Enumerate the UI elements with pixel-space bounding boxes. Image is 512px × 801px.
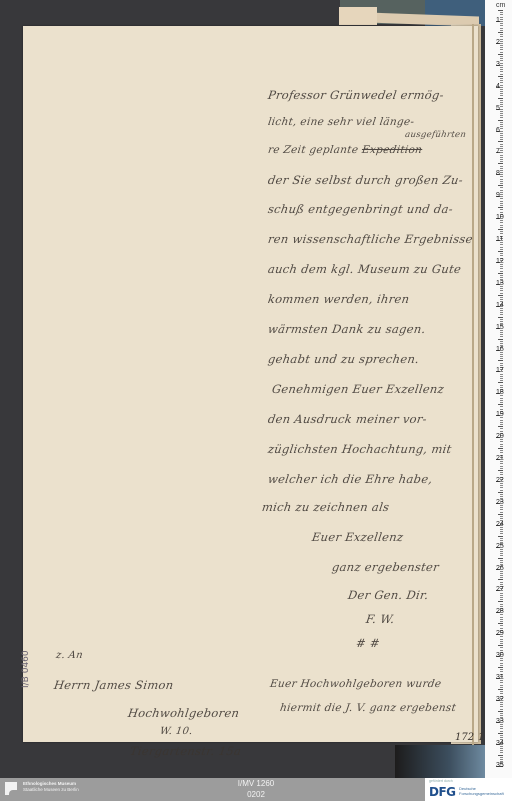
ruler-tick (500, 737, 503, 738)
dfg-name: Deutsche Forschungsgemeinschaft (459, 786, 504, 796)
ruler-tick (500, 52, 503, 53)
ruler-tick (498, 360, 503, 361)
ruler-tick (500, 102, 503, 103)
ruler-tick (500, 459, 503, 460)
letter-line: ren wissenschaftliche Ergebnisse (267, 232, 474, 246)
ruler-tick (500, 247, 503, 248)
ruler-tick (500, 82, 503, 83)
ruler-tick (500, 481, 503, 482)
ruler-tick (500, 12, 503, 13)
ruler-tick (500, 176, 503, 177)
ruler-tick (500, 174, 503, 175)
ruler-tick (500, 275, 503, 276)
ruler-tick (500, 590, 503, 591)
ruler-tick (500, 639, 503, 640)
ruler-tick (500, 350, 503, 351)
ruler-tick (500, 444, 503, 445)
ruler-tick (500, 330, 503, 331)
ruler-tick (500, 555, 503, 556)
ruler-tick (500, 757, 503, 758)
postscript-line: hiermit die J. V. ganz ergebenst (279, 702, 457, 714)
ruler-tick (500, 93, 503, 94)
ruler-tick (500, 621, 503, 622)
ruler-tick (500, 424, 503, 425)
ruler-tick (500, 463, 503, 464)
ruler-tick (498, 382, 503, 383)
ruler-tick (500, 218, 503, 219)
ruler-tick (500, 201, 503, 202)
ruler-tick (500, 306, 503, 307)
letter-line: licht, eine sehr viel länge- (267, 116, 415, 128)
ruler-tick (500, 321, 503, 322)
ruler-tick (500, 196, 503, 197)
ruler-tick (498, 404, 503, 405)
ruler-tick (498, 32, 503, 33)
ruler-tick (498, 76, 503, 77)
ruler-tick (500, 284, 503, 285)
ruler-tick (500, 146, 503, 147)
ruler-tick (500, 400, 503, 401)
ruler-tick (500, 85, 503, 86)
ruler-tick (500, 277, 503, 278)
ruler-tick (500, 650, 503, 651)
ruler-tick (500, 380, 503, 381)
ruler-tick (500, 582, 503, 583)
ruler-tick (500, 431, 503, 432)
letter-line: gehabt und zu sprechen. (267, 352, 420, 366)
ruler-tick (500, 728, 503, 729)
funded-by-label: gefördert durch (429, 779, 453, 783)
letter-line: mich zu zeichnen als (261, 500, 390, 514)
ruler-tick (500, 133, 503, 134)
ruler-tick (500, 172, 503, 173)
ruler-tick (500, 614, 503, 615)
ruler-tick (500, 65, 503, 66)
ruler-tick (500, 209, 503, 210)
ruler-tick (500, 395, 503, 396)
ruler-tick (500, 222, 503, 223)
ruler-tick (498, 339, 503, 340)
ruler-tick (500, 67, 503, 68)
ruler-tick (500, 483, 503, 484)
ruler-tick (500, 144, 503, 145)
ruler-tick (500, 547, 503, 548)
address-line: Tiergartenstr. 15a (129, 744, 242, 758)
ruler-tick (500, 671, 503, 672)
letter-line: der Sie selbst durch großen Zu- (267, 173, 464, 187)
ruler-tick (500, 682, 503, 683)
ruler-tick (500, 538, 503, 539)
ruler-tick (500, 597, 503, 598)
letter-line: kommen werden, ihren (267, 292, 410, 306)
ruler-tick (500, 299, 503, 300)
ruler-tick (500, 371, 503, 372)
ruler-tick (500, 595, 503, 596)
ruler-tick (500, 656, 503, 657)
ruler-tick (500, 669, 503, 670)
ruler-tick (500, 314, 503, 315)
scan-image: Professor Grünwedel ermög- licht, eine s… (0, 0, 512, 778)
ruler-tick (500, 63, 503, 64)
postscript-line: Euer Hochwohlgeboren wurde (269, 678, 442, 690)
ruler-tick (500, 748, 503, 749)
ruler-tick (500, 658, 503, 659)
ruler-tick (500, 168, 503, 169)
ruler-tick (500, 310, 503, 311)
ruler-tick (500, 549, 503, 550)
ruler-tick (500, 170, 503, 171)
ruler-tick (500, 531, 503, 532)
ruler-tick (500, 268, 503, 269)
ruler-tick (500, 759, 503, 760)
ruler-tick (500, 378, 503, 379)
ruler-tick (500, 687, 503, 688)
ruler-tick (500, 89, 503, 90)
ruler-tick (500, 713, 503, 714)
ruler-tick (500, 139, 503, 140)
ruler-tick (498, 273, 503, 274)
ruler-tick (500, 704, 503, 705)
ruler-tick (500, 41, 503, 42)
ruler-tick (500, 634, 503, 635)
address-line: W. 10. (159, 726, 193, 737)
ruler-tick (500, 685, 503, 686)
ruler-tick (500, 113, 503, 114)
ruler-tick (500, 150, 503, 151)
dfg-mark: DFG (429, 785, 456, 799)
ruler-tick (500, 148, 503, 149)
ruler-tick (500, 78, 503, 79)
ruler-tick (500, 575, 503, 576)
ruler-tick (500, 503, 503, 504)
ruler-tick (500, 157, 503, 158)
letter-initials: F. W. (365, 612, 395, 626)
ruler-tick (500, 619, 503, 620)
ruler-tick (500, 60, 503, 61)
ruler-tick (500, 540, 503, 541)
ruler-tick (500, 181, 503, 182)
ruler-tick (500, 343, 503, 344)
ruler-tick (500, 525, 503, 526)
ruler-tick (498, 54, 503, 55)
ruler-tick (500, 604, 503, 605)
ruler-tick (500, 516, 503, 517)
ruler-tick (500, 439, 503, 440)
letter-correction: ausgeführten (404, 130, 466, 140)
ruler-tick (500, 264, 503, 265)
ruler-tick (498, 492, 503, 493)
ruler-tick (500, 485, 503, 486)
ruler-tick (500, 750, 503, 751)
ruler-tick (500, 47, 503, 48)
ruler-tick (500, 356, 503, 357)
ruler-tick (500, 490, 503, 491)
ruler-tick (498, 185, 503, 186)
ruler-tick (500, 231, 503, 232)
ruler-tick (500, 606, 503, 607)
ruler-tick (498, 536, 503, 537)
ruler-tick (500, 297, 503, 298)
ruler-tick (500, 319, 503, 320)
ruler-tick (500, 166, 503, 167)
ruler-tick (500, 420, 503, 421)
ruler-tick (500, 194, 503, 195)
letter-line: züglichsten Hochachtung, mit (267, 442, 453, 456)
ruler-tick (498, 163, 503, 164)
letter-line: re Zeit geplante Expedition (267, 144, 423, 156)
ruler-tick (498, 295, 503, 296)
ruler-tick (500, 409, 503, 410)
ruler-tick (500, 159, 503, 160)
ruler-tick (500, 393, 503, 394)
letter-line: den Ausdruck meiner vor- (267, 412, 428, 426)
ruler-tick (500, 233, 503, 234)
ruler-tick (500, 183, 503, 184)
ruler-tick (500, 466, 503, 467)
ruler-tick (500, 374, 503, 375)
ruler-tick (500, 220, 503, 221)
ruler-tick (500, 385, 503, 386)
ruler-tick (500, 700, 503, 701)
ruler-tick (500, 509, 503, 510)
ruler-tick (500, 192, 503, 193)
ruler-tick (500, 643, 503, 644)
ruler-tick (500, 124, 503, 125)
letter-closing: ganz ergebenster (331, 560, 440, 574)
letter-line: schuß entgegenbringt und da- (267, 202, 454, 216)
ruler-tick (500, 341, 503, 342)
ruler-tick (500, 109, 503, 110)
inventory-stamp: I/B 0460 (21, 650, 31, 688)
folio-number: 172 (455, 732, 474, 743)
ruler-tick (500, 726, 503, 727)
ruler-tick (500, 553, 503, 554)
ruler-tick (500, 80, 503, 81)
ruler-tick (498, 426, 503, 427)
ruler-tick (500, 487, 503, 488)
ruler-tick (500, 242, 503, 243)
ruler-tick (500, 599, 503, 600)
ruler-tick (500, 387, 503, 388)
ruler-tick (500, 665, 503, 666)
address-line: z. An (55, 650, 83, 661)
ruler-tick (500, 422, 503, 423)
letter-closing: Euer Exzellenz (311, 530, 404, 544)
ruler-tick (500, 571, 503, 572)
ruler-tick (500, 152, 503, 153)
ruler-tick (498, 711, 503, 712)
ruler-tick (500, 249, 503, 250)
ruler-tick (500, 365, 503, 366)
ruler-tick (500, 437, 503, 438)
ruler-tick (500, 496, 503, 497)
letter-line: welcher ich die Ehre habe, (267, 472, 433, 486)
ruler-label: 35 (496, 762, 504, 769)
ruler-tick (500, 533, 503, 534)
ruler-tick (500, 19, 503, 20)
ruler-tick (500, 225, 503, 226)
ruler-tick (500, 155, 503, 156)
ruler-tick (500, 117, 503, 118)
ruler-tick (500, 706, 503, 707)
ruler-tick (500, 137, 503, 138)
ruler-tick (500, 290, 503, 291)
ruler-tick (500, 74, 503, 75)
ruler-tick (500, 724, 503, 725)
ruler-tick (500, 518, 503, 519)
ruler-tick (500, 647, 503, 648)
ruler-tick (500, 722, 503, 723)
ruler-tick (498, 514, 503, 515)
ruler-tick (500, 363, 503, 364)
address-line: Hochwohlgeboren (127, 706, 240, 720)
ruler-tick (500, 744, 503, 745)
ruler-tick (500, 641, 503, 642)
ruler-tick (500, 450, 503, 451)
ruler-tick (500, 69, 503, 70)
binding-fold-line (472, 24, 474, 746)
ruler-tick (500, 71, 503, 72)
ruler-tick (500, 573, 503, 574)
ruler-tick (500, 91, 503, 92)
ruler-tick (500, 446, 503, 447)
ruler-tick (500, 161, 503, 162)
footer-bar: Ethnologisches Museum Staatliche Museen … (0, 778, 512, 801)
ruler-tick (500, 551, 503, 552)
ruler-tick (500, 417, 503, 418)
ruler-tick (500, 312, 503, 313)
ruler-tick (500, 507, 503, 508)
ruler-tick (500, 336, 503, 337)
ruler-tick (500, 660, 503, 661)
ruler-tick (500, 358, 503, 359)
ruler-tick (500, 100, 503, 101)
ruler-tick (500, 23, 503, 24)
ruler-tick (498, 317, 503, 318)
ruler-tick (500, 625, 503, 626)
letter-marks: # # (355, 636, 381, 650)
ruler-tick (498, 689, 503, 690)
ruler-tick (500, 562, 503, 563)
ruler-tick (500, 328, 503, 329)
letter-line: auch dem kgl. Museum zu Gute (267, 262, 462, 276)
letter-line: Professor Grünwedel ermög- (267, 88, 445, 102)
ruler-tick (500, 617, 503, 618)
ruler-tick (500, 288, 503, 289)
ruler-tick (500, 691, 503, 692)
ruler-tick (500, 179, 503, 180)
ruler-tick (500, 452, 503, 453)
ruler-tick (500, 529, 503, 530)
ruler-tick (500, 680, 503, 681)
ruler-tick (500, 612, 503, 613)
measurement-ruler: cm 1234567891011121314151617181920212223… (485, 0, 512, 778)
ruler-tick (500, 715, 503, 716)
ruler-tick (500, 494, 503, 495)
ruler-tick (500, 406, 503, 407)
ruler-tick (500, 253, 503, 254)
page-tab (339, 7, 377, 25)
ruler-tick (500, 628, 503, 629)
ruler-tick (500, 56, 503, 57)
ruler-tick (500, 512, 503, 513)
ruler-tick (500, 34, 503, 35)
ruler-tick (500, 286, 503, 287)
ruler-tick (500, 441, 503, 442)
ruler-tick (500, 636, 503, 637)
ruler-tick (500, 104, 503, 105)
letter-line: Genehmigen Euer Exzellenz (271, 382, 445, 396)
ruler-tick (500, 584, 503, 585)
ruler-tick (500, 43, 503, 44)
ruler-tick (500, 227, 503, 228)
letter-line: wärmsten Dank zu sagen. (267, 322, 427, 336)
ruler-tick (500, 36, 503, 37)
ruler-tick (498, 98, 503, 99)
ruler-tick (498, 733, 503, 734)
ruler-tick (500, 240, 503, 241)
bottom-background (395, 745, 485, 778)
ruler-tick (500, 131, 503, 132)
ruler-tick (498, 251, 503, 252)
ruler-tick (500, 21, 503, 22)
ruler-tick (500, 17, 503, 18)
ruler-tick (500, 308, 503, 309)
ruler-tick (500, 126, 503, 127)
ruler-tick (500, 752, 503, 753)
ruler-tick (498, 470, 503, 471)
ruler-unit: cm (496, 2, 505, 9)
ruler-tick (500, 128, 503, 129)
ruler-tick (500, 527, 503, 528)
ruler-tick (500, 39, 503, 40)
ruler-tick (500, 415, 503, 416)
ruler-tick (500, 28, 503, 29)
ruler-tick (500, 398, 503, 399)
ruler-tick (500, 468, 503, 469)
ruler-tick (498, 229, 503, 230)
ruler-tick (500, 560, 503, 561)
ruler-tick (498, 120, 503, 121)
ruler-tick (500, 187, 503, 188)
ruler-tick (498, 141, 503, 142)
ruler-tick (500, 693, 503, 694)
ruler-tick (498, 558, 503, 559)
ruler-tick (498, 623, 503, 624)
ruler-tick (500, 25, 503, 26)
ruler-tick (500, 505, 503, 506)
ruler-tick (500, 122, 503, 123)
address-line: Herrn James Simon (53, 678, 174, 692)
ruler-tick (500, 746, 503, 747)
dfg-logo: gefördert durch DFG Deutsche Forschungsg… (425, 778, 512, 801)
ruler-tick (500, 402, 503, 403)
ruler-tick (500, 663, 503, 664)
ruler-tick (500, 569, 503, 570)
ruler-tick (500, 58, 503, 59)
ruler-tick (500, 271, 503, 272)
ruler-tick (498, 667, 503, 668)
ruler-tick (500, 111, 503, 112)
ruler-tick (500, 472, 503, 473)
ruler-tick (500, 115, 503, 116)
ruler-tick (500, 95, 503, 96)
ruler-tick (500, 262, 503, 263)
ruler-tick (498, 601, 503, 602)
ruler-tick (500, 474, 503, 475)
ruler-tick (500, 212, 503, 213)
ruler-tick (500, 461, 503, 462)
